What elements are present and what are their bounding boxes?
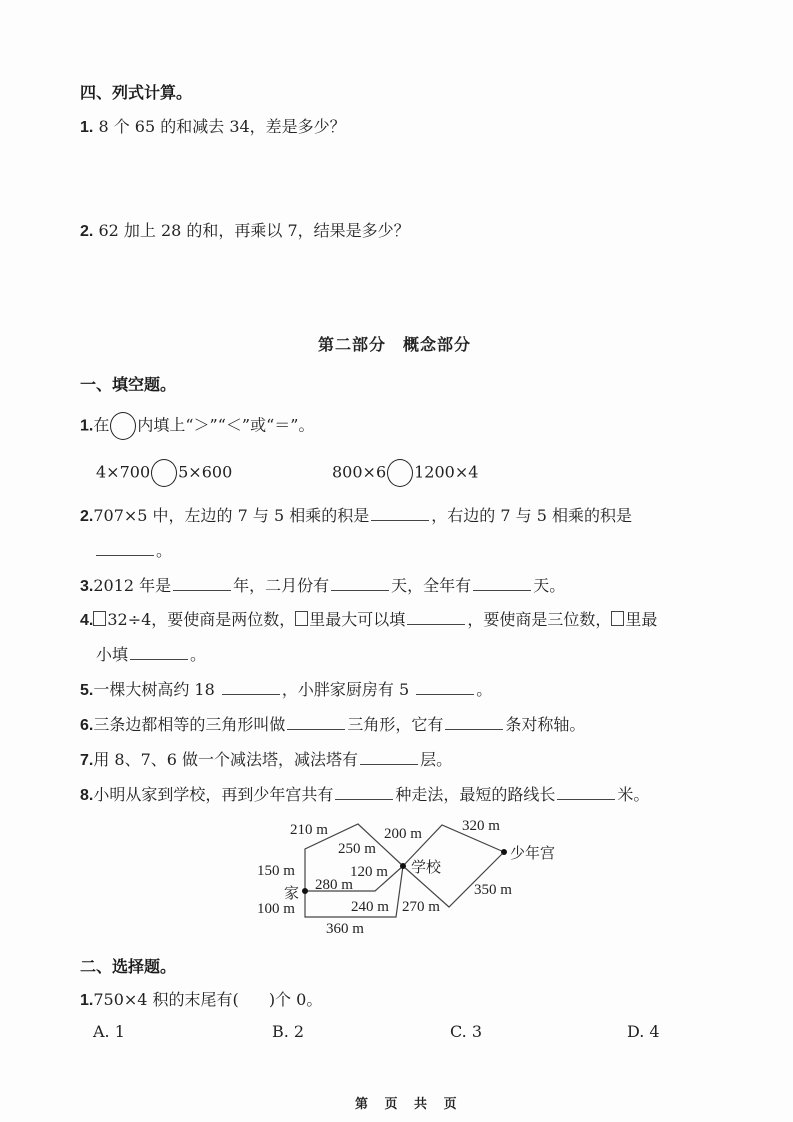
choice-option-c[interactable]: C. 3 xyxy=(450,1022,482,1042)
distance-label: 150 m xyxy=(257,863,295,879)
page-footer: 第 页 共 页 xyxy=(355,1093,463,1112)
choice-question-1: 1.750×4 积的末尾有()个 0。 xyxy=(80,990,322,1011)
distance-label: 100 m xyxy=(257,901,295,917)
distance-label: 250 m xyxy=(338,841,376,857)
section-heading-choice: 二、选择题。 xyxy=(80,954,176,977)
place-label-palace: 少年宫 xyxy=(510,844,555,862)
choice-option-a[interactable]: A. 1 xyxy=(93,1022,125,1042)
distance-label: 360 m xyxy=(326,921,364,937)
place-label-school: 学校 xyxy=(411,858,442,876)
choice-option-b[interactable]: B. 2 xyxy=(272,1022,304,1042)
question-text: )个 0。 xyxy=(269,990,323,1009)
home-dot-icon xyxy=(302,888,308,894)
choice-option-d[interactable]: D. 4 xyxy=(627,1022,660,1042)
distance-label: 350 m xyxy=(474,882,512,898)
palace-dot-icon xyxy=(501,849,507,855)
distance-label: 320 m xyxy=(462,818,500,834)
school-dot-icon xyxy=(400,863,406,869)
question-number: 1. xyxy=(80,992,93,1009)
place-label-home: 家 xyxy=(284,885,299,902)
distance-label: 270 m xyxy=(402,899,440,915)
distance-label: 200 m xyxy=(384,826,422,842)
distance-label: 240 m xyxy=(351,899,389,915)
distance-label: 280 m xyxy=(315,877,353,893)
distance-label: 210 m xyxy=(290,822,328,838)
question-text: 750×4 积的末尾有( xyxy=(93,990,238,1009)
distance-label: 120 m xyxy=(350,864,388,880)
